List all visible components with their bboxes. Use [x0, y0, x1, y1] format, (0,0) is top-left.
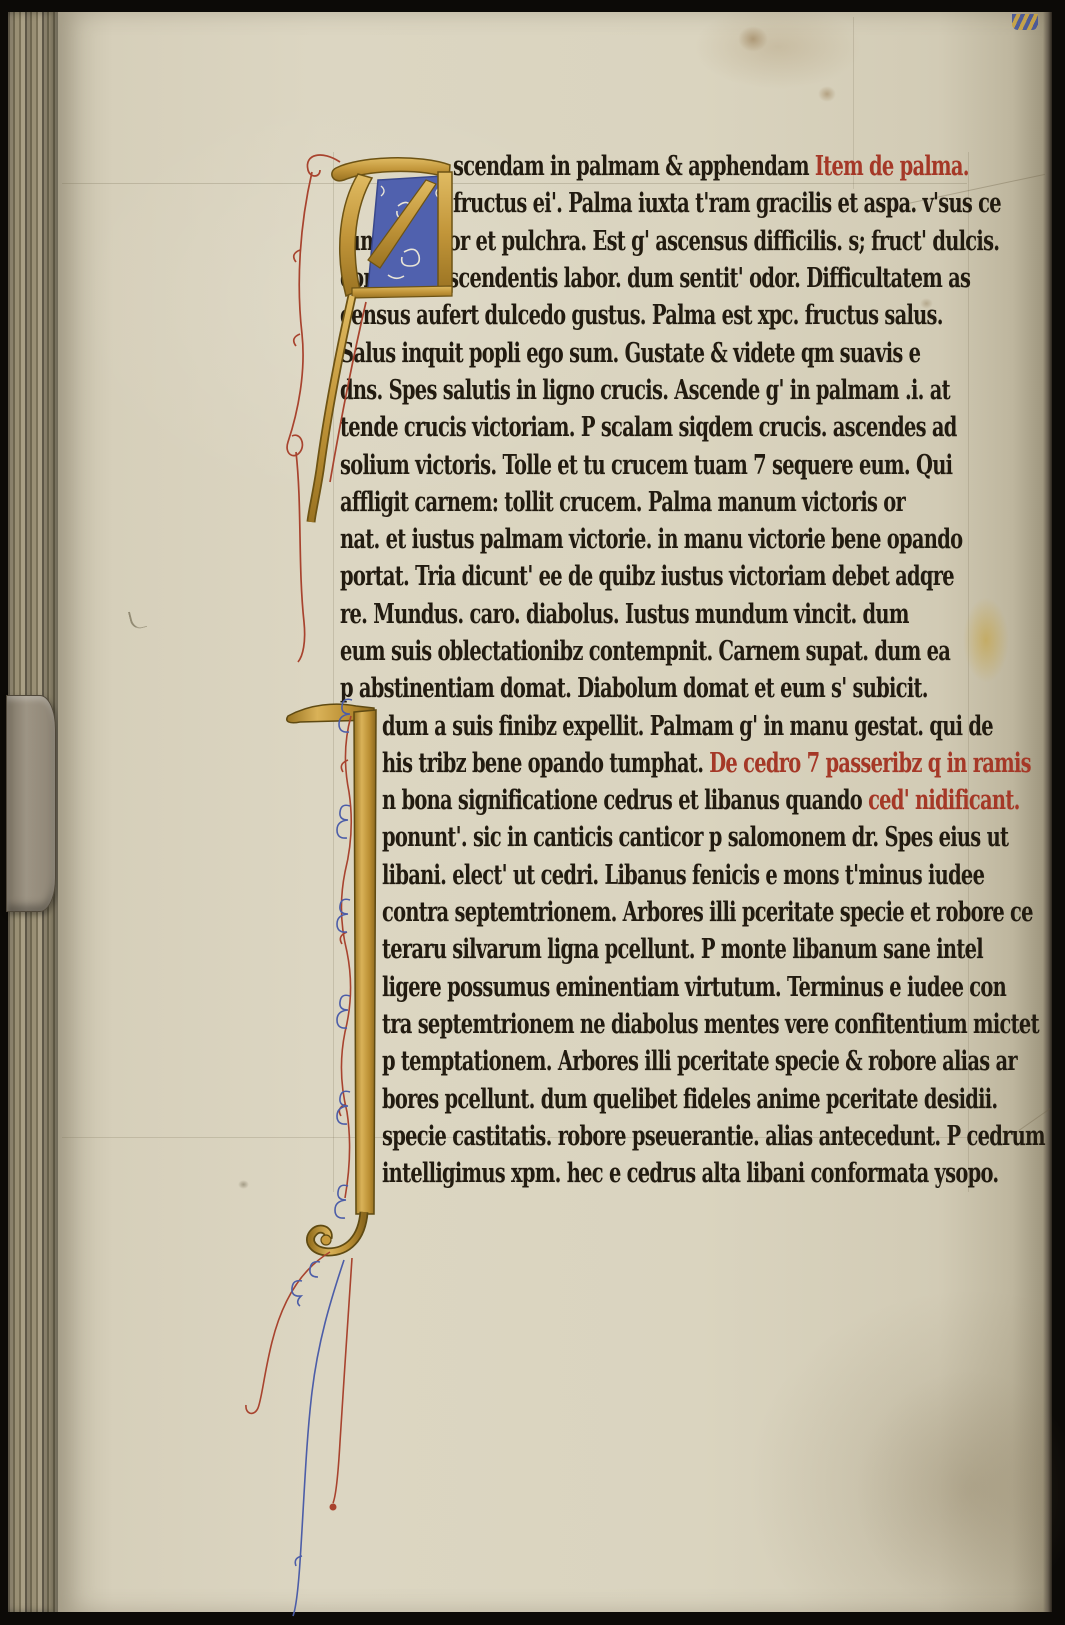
illuminated-initial-i	[0, 0, 1065, 1625]
manuscript-photo: scendam in palmam & apphendam Item de pa…	[0, 0, 1065, 1625]
